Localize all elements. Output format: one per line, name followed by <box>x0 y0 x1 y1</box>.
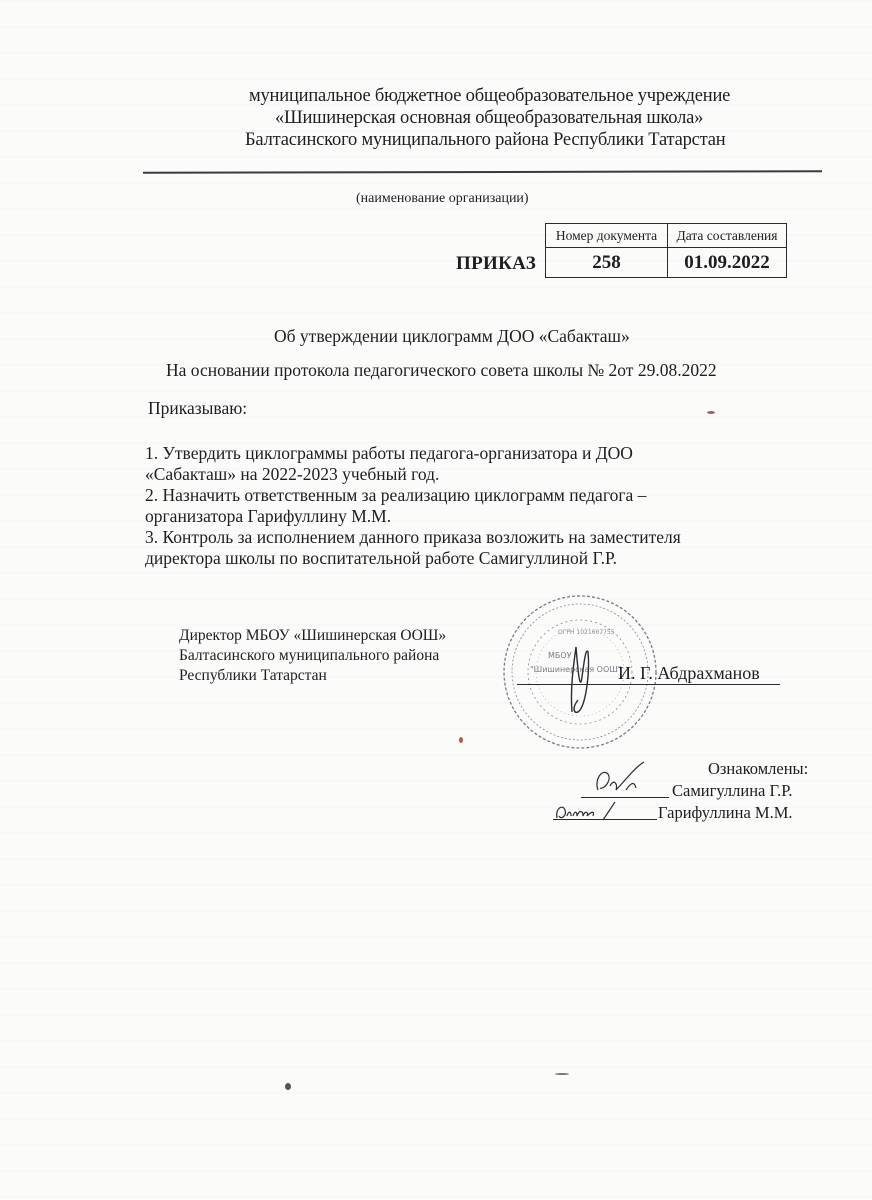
order-meta-table: Номер документа Дата составления 258 01.… <box>545 223 787 278</box>
order-basis: На основании протокола педагогического с… <box>166 360 717 381</box>
org-name-line-3: Балтасинского муниципального района Респ… <box>245 130 726 151</box>
order-title: ПРИКАЗ <box>456 253 536 275</box>
order-item-3: 3. Контроль за исполнением данного прика… <box>145 527 681 569</box>
scan-speck <box>459 737 463 743</box>
doc-number-value: 258 <box>546 248 668 278</box>
order-item-2-line-2: организатора Гарифуллину М.М. <box>145 506 646 527</box>
order-item-1-line-1: 1. Утвердить циклограммы работы педагога… <box>145 443 633 464</box>
director-signature-line <box>517 684 780 685</box>
doc-number-header: Номер документа <box>546 224 668 248</box>
svg-text:"Шишинерская ООШ": "Шишинерская ООШ" <box>530 665 622 674</box>
order-item-1: 1. Утвердить циклограммы работы педагога… <box>145 443 633 485</box>
director-position-line-1: Директор МБОУ «Шишинерская ООШ» <box>179 626 446 646</box>
director-position-line-3: Республики Татарстан <box>179 666 446 686</box>
doc-date-header: Дата составления <box>668 224 787 248</box>
acknowledged-label: Ознакомлены: <box>708 759 808 779</box>
order-item-3-line-1: 3. Контроль за исполнением данного прика… <box>145 527 681 548</box>
order-item-1-line-2: «Сабакташ» на 2022-2023 учебный год. <box>145 464 633 485</box>
handwritten-signature-2-icon <box>553 798 623 824</box>
doc-date-value: 01.09.2022 <box>668 248 787 278</box>
document-page: муниципальное бюджетное общеобразователь… <box>0 0 872 1200</box>
order-subject: Об утверждении циклограмм ДОО «Сабакташ» <box>274 326 630 347</box>
org-name-line-2: «Шишинерская основная общеобразовательна… <box>275 108 703 129</box>
scan-speck <box>707 411 715 414</box>
svg-text:ОГРН 1021607755: ОГРН 1021607755 <box>558 629 615 636</box>
scan-speck <box>555 1073 569 1075</box>
scan-texture <box>0 0 872 1200</box>
scan-speck <box>285 1083 291 1090</box>
director-position: Директор МБОУ «Шишинерская ООШ» Балтасин… <box>179 626 446 686</box>
director-name: И. Г. Абдрахманов <box>618 663 760 684</box>
director-position-line-2: Балтасинского муниципального района <box>179 646 446 666</box>
org-underline <box>143 170 822 173</box>
handwritten-signature-1-icon <box>590 760 650 798</box>
org-name-line-1: муниципальное бюджетное общеобразователь… <box>249 86 730 107</box>
acknowledged-person-1: Самигуллина Г.Р. <box>672 781 793 801</box>
acknowledged-person-2: Гарифуллина М.М. <box>658 803 793 823</box>
org-caption: (наименование организации) <box>356 191 529 207</box>
svg-text:МБОУ: МБОУ <box>548 651 572 660</box>
order-item-2: 2. Назначить ответственным за реализацию… <box>145 485 646 527</box>
order-item-2-line-1: 2. Назначить ответственным за реализацию… <box>145 485 646 506</box>
order-item-3-line-2: директора школы по воспитательной работе… <box>145 548 681 569</box>
order-word: Приказываю: <box>148 398 247 419</box>
